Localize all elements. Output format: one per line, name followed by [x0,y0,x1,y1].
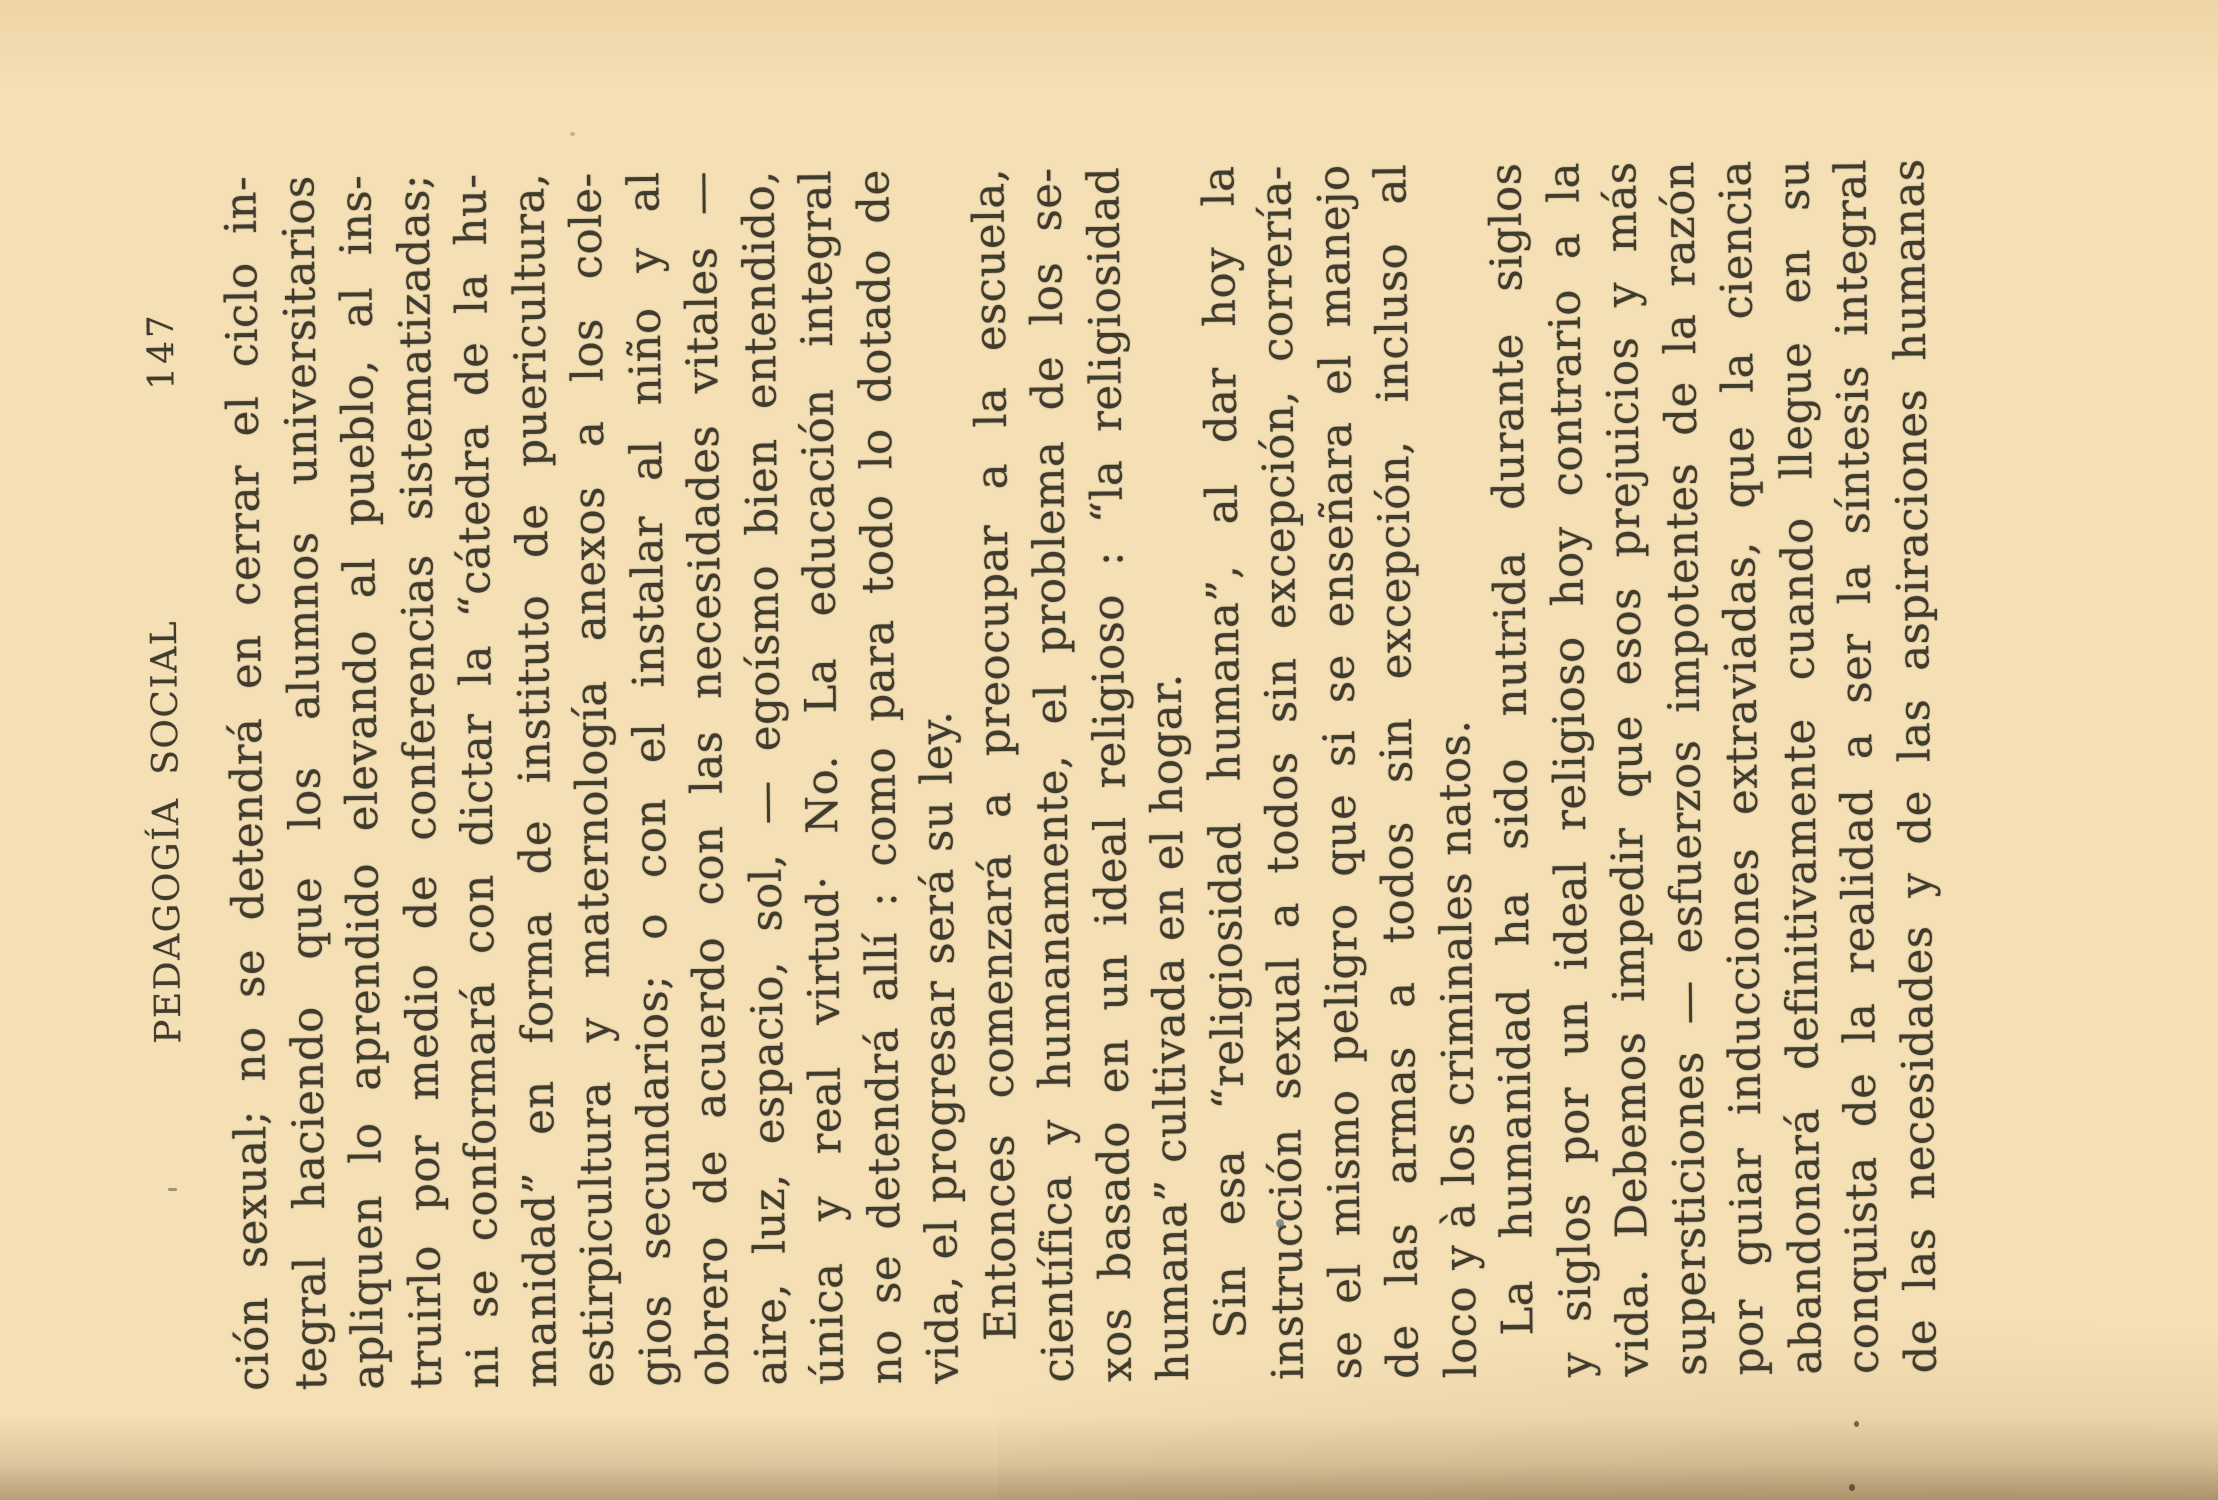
page-header: PEDAGOGÍA SOCIAL 147 [137,177,196,1392]
page-body-text: ción sexual; no se detendrá en cerrar el… [213,158,1951,1391]
paper-speck [1854,1421,1859,1427]
rotated-page-content: PEDAGOGÍA SOCIAL 147 ción sexual; no se … [137,156,2140,1392]
page-number: 147 [139,312,186,390]
running-title: PEDAGOGÍA SOCIAL [142,620,192,1044]
scanned-book-page: PEDAGOGÍA SOCIAL 147 ción sexual; no se … [0,0,2218,1500]
scan-shadow-bottom [0,1415,2218,1500]
scan-shadow-top [0,0,2218,90]
text-line: de las necesidades y de las aspiraciones… [1881,158,1951,1374]
ink-dot [1276,1219,1284,1228]
paper-speck [1849,1484,1855,1491]
paper-speck [570,132,575,136]
paper-speck [168,1188,177,1191]
